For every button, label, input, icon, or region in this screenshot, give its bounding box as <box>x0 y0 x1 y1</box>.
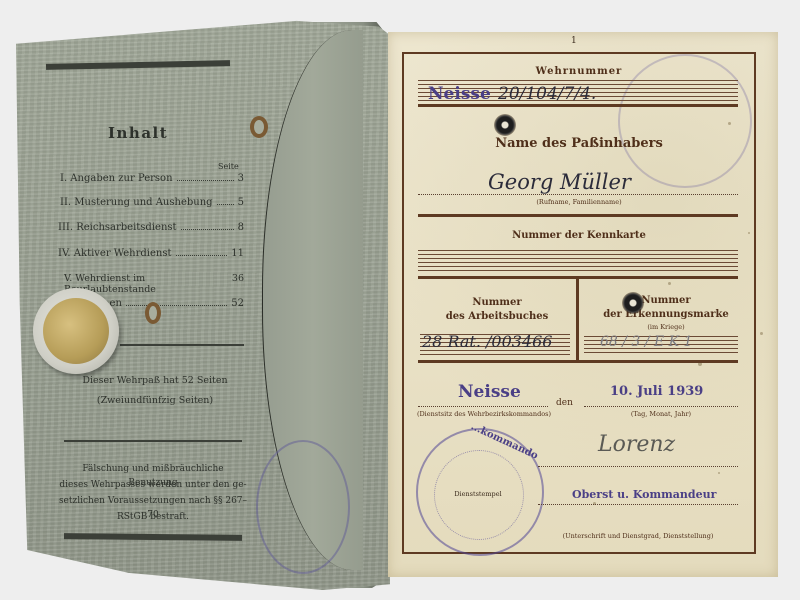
toc-page-column-label: Seite <box>218 162 239 171</box>
column-divider <box>576 276 579 360</box>
den-label: den <box>556 398 573 408</box>
punch-hole <box>250 116 268 138</box>
warning-divider <box>64 440 242 442</box>
kennkarte-lines <box>418 250 738 272</box>
arbeitsbuch-label-2: des Arbeitsbuches <box>418 310 576 324</box>
toc-item: IV. Aktiver Wehrdienst11 <box>58 248 244 259</box>
toc-item-page: 5 <box>238 197 244 208</box>
toc-item-label: III. Reichsarbeitsdienst <box>58 222 177 233</box>
name-value: Georg Müller <box>488 170 631 194</box>
signature: Lorenz <box>598 432 675 457</box>
toc-item-page: 52 <box>231 298 244 309</box>
kennkarte-label: Nummer der Kennkarte <box>404 230 754 241</box>
erkennungsmarke-label-2: der Erkennungsmarke <box>580 308 752 322</box>
rank-line <box>538 504 738 505</box>
erkennungsmarke-label-1: Nummer <box>580 294 752 308</box>
toc-item-page: 8 <box>238 222 244 233</box>
place-stamp: Neisse <box>458 382 521 402</box>
toc-item-page: 3 <box>238 173 244 184</box>
punch-hole <box>145 302 161 324</box>
date-line <box>584 406 738 407</box>
two-euro-coin <box>33 288 119 374</box>
erkennungsmarke-value: 68 / 3 / E K 1 <box>600 334 692 350</box>
arbeitsbuch-value: 28 Rat. /003466 <box>422 332 552 351</box>
divider <box>418 214 738 217</box>
date-hint: (Tag, Monat, Jahr) <box>584 410 738 418</box>
toc-item-label: I. Angaben zur Person <box>60 173 173 184</box>
rank-stamp: Oberst u. Kommandeur <box>572 488 716 501</box>
toc-item: ...en52 <box>100 298 244 309</box>
seal-inner-label: Dienststempel <box>434 490 522 498</box>
punch-eyelet <box>622 292 644 314</box>
page-number: 1 <box>571 36 577 46</box>
toc-item: III. Reichsarbeitsdienst8 <box>58 222 244 233</box>
right-page: 1 Wehrnummer Neisse 20/104/7/4. Name des… <box>388 32 778 577</box>
name-hint: (Rufname, Familienname) <box>404 198 754 206</box>
arbeitsbuch-label-1: Nummer <box>418 296 576 310</box>
warning-line2: dieses Wehrpasses werden unter den ge- <box>58 478 248 492</box>
signature-line <box>538 466 738 467</box>
name-line <box>418 194 738 195</box>
date-value: 10. Juli 1939 <box>610 384 703 399</box>
wehrnummer-label: Wehrnummer <box>404 66 754 77</box>
page-count-line2: (Zweiundfünfzig Seiten) <box>70 394 240 408</box>
toc-item: I. Angaben zur Person3 <box>60 173 244 184</box>
erkennungsmarke-hint: (im Kriege) <box>580 323 752 331</box>
toc-item: II. Musterung und Aushebung5 <box>60 197 244 208</box>
punch-eyelet <box>494 114 516 136</box>
name-label: Name des Paßinhabers <box>404 136 754 151</box>
signature-hint: (Unterschrift und Dienstgrad, Dienststel… <box>538 532 738 540</box>
toc-item-page: 11 <box>231 248 244 259</box>
page-count-line1: Dieser Wehrpaß hat 52 Seiten <box>70 374 240 388</box>
faded-stamp <box>256 440 350 574</box>
toc-item-label: IV. Aktiver Wehrdienst <box>58 248 172 259</box>
divider <box>418 104 738 107</box>
toc-item-label: II. Musterung und Aushebung <box>60 197 213 208</box>
wehrnummer-value: 20/104/7/4. <box>498 84 596 104</box>
divider <box>418 360 738 363</box>
warning-line4: RStGB bestraft. <box>58 510 248 524</box>
erkennungsmarke-label: Nummer der Erkennungsmarke <box>580 294 752 322</box>
wehrnummer-stamp: Neisse <box>428 84 491 104</box>
toc-title: Inhalt <box>108 124 168 142</box>
toc-item-page: 36 <box>232 273 244 295</box>
place-line <box>418 406 548 407</box>
coin-center <box>43 298 109 364</box>
arbeitsbuch-label: Nummer des Arbeitsbuches <box>418 296 576 324</box>
place-hint: (Dienstsitz des Wehrbezirkskommandos) <box>414 410 554 418</box>
toc-divider <box>120 344 244 346</box>
